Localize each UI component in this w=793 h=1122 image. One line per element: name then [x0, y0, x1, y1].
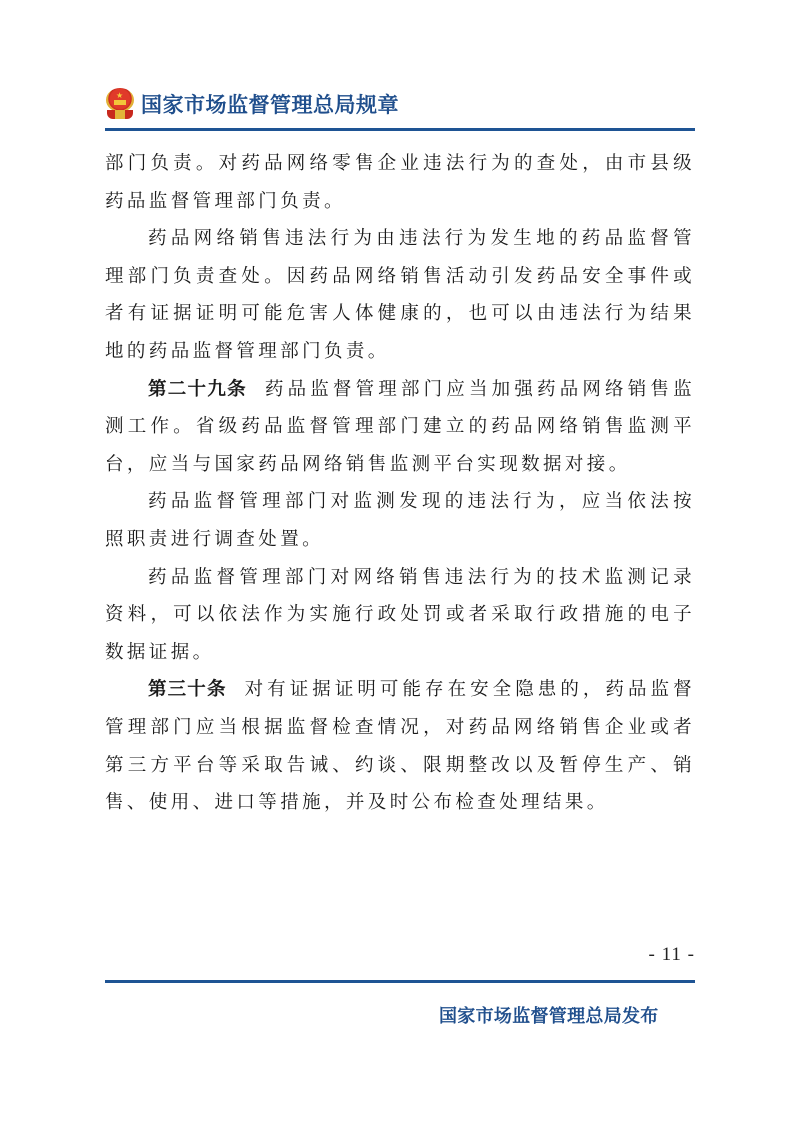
article-number: 第二十九条: [148, 379, 247, 400]
footer-divider: [105, 980, 695, 983]
paragraph-text: 药品网络销售违法行为由违法行为发生地的药品监督管理部门负责查处。因药品网络销售活…: [105, 228, 695, 362]
paragraph-text: 药品监督管理部门对网络销售违法行为的技术监测记录资料，可以依法作为实施行政处罚或…: [105, 567, 695, 663]
header-divider: [105, 128, 695, 131]
paragraph: 部门负责。对药品网络零售企业违法行为的查处，由市县级药品监督管理部门负责。: [105, 145, 695, 220]
page-header: ★ 国家市场监督管理总局规章: [105, 84, 399, 124]
document-page: ★ 国家市场监督管理总局规章 部门负责。对药品网络零售企业违法行为的查处，由市县…: [0, 0, 793, 1122]
footer-publisher: 国家市场监督管理总局发布: [439, 1002, 659, 1028]
document-body: 部门负责。对药品网络零售企业违法行为的查处，由市县级药品监督管理部门负责。 药品…: [105, 145, 695, 822]
paragraph: 药品监督管理部门对网络销售违法行为的技术监测记录资料，可以依法作为实施行政处罚或…: [105, 559, 695, 672]
header-title: 国家市场监督管理总局规章: [141, 89, 399, 119]
paragraph-text: 药品监督管理部门对监测发现的违法行为，应当依法按照职责进行调查处置。: [105, 491, 695, 550]
article-number: 第三十条: [148, 679, 227, 700]
article-30: 第三十条对有证据证明可能存在安全隐患的，药品监督管理部门应当根据监督检查情况，对…: [105, 671, 695, 821]
paragraph: 药品监督管理部门对监测发现的违法行为，应当依法按照职责进行调查处置。: [105, 483, 695, 558]
page-number: - 11 -: [649, 944, 695, 966]
paragraph: 药品网络销售违法行为由违法行为发生地的药品监督管理部门负责查处。因药品网络销售活…: [105, 220, 695, 370]
article-29: 第二十九条药品监督管理部门应当加强药品网络销售监测工作。省级药品监督管理部门建立…: [105, 371, 695, 484]
national-emblem-icon: ★: [105, 88, 135, 120]
paragraph-text: 部门负责。对药品网络零售企业违法行为的查处，由市县级药品监督管理部门负责。: [105, 153, 695, 212]
